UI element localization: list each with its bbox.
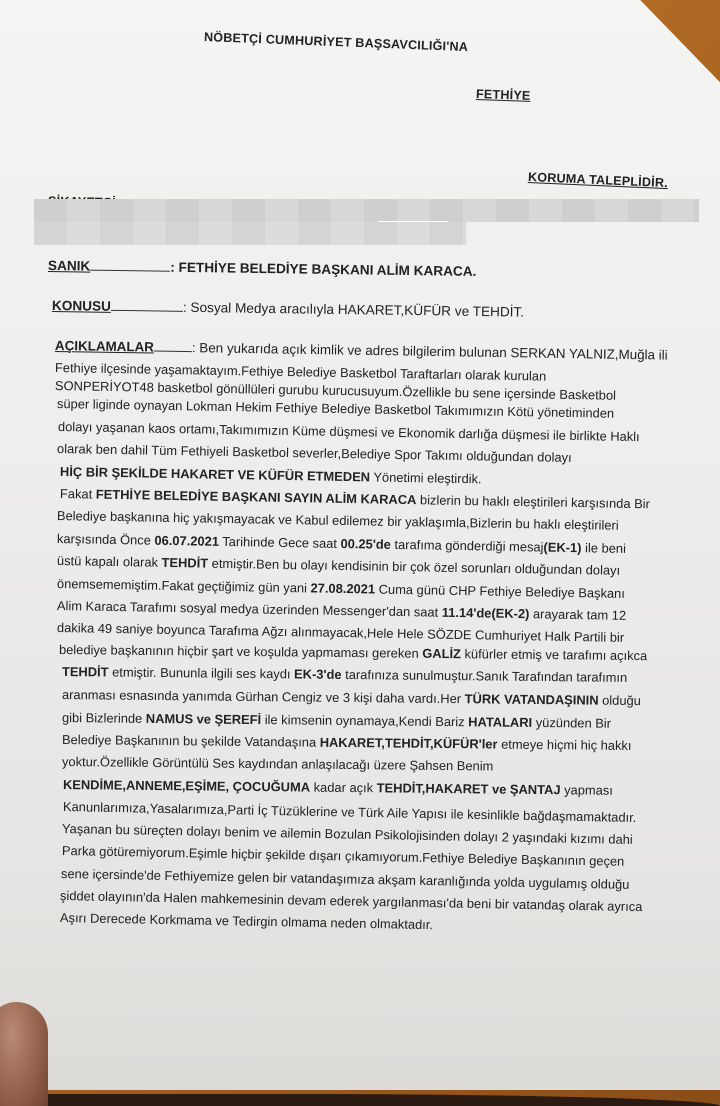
subject-value: : Sosyal Medya aracılıyla HAKARET,KÜFÜR … [183,300,524,320]
text: Kanunlarımıza,Yasalarımıza,Parti İç Tüzü… [63,799,637,825]
text: Parka götüremiyorum.Eşimle hiçbir şekild… [62,843,625,869]
subject-row: KONUSU: Sosyal Medya aracılıyla HAKARET,… [52,298,524,320]
bold-text: 06.07.2021 [154,533,219,549]
bold-text: NAMUS ve ŞEREFİ [146,711,261,727]
body-line: olarak ben dahil Tüm Fethiyeli Basketbol… [57,441,572,465]
text: dakika 49 saniye boyunca Tarafıma Ağzı a… [57,620,624,645]
bold-text: 00.25'de [340,536,391,552]
bold-text: TEHDİT,HAKARET ve ŞANTAJ [377,780,561,797]
text: Yaşanan bu süreçten dolayı benim ve aile… [62,821,633,847]
bold-text: HATALARI [468,714,532,730]
text: gibi Bizlerinde [62,710,146,726]
defendant-value: : FETHİYE BELEDİYE BAŞKANI ALİM KARACA. [170,260,476,279]
text: : Ben yukarıda açık kimlik ve adres bilg… [192,340,668,362]
bold-text: (EK-1) [543,539,581,555]
body-line: Fakat FETHİYE BELEDİYE BAŞKANI SAYIN ALİ… [60,486,650,511]
body-line: : Ben yukarıda açık kimlik ve adres bilg… [192,340,668,362]
body-line: sene içersinde'de Fethiyemize gelen bir … [61,866,630,892]
body-line: şiddet olayının'da Halen mahkemesinin de… [60,888,643,914]
text: Fakat [60,486,96,502]
text: Tarihinde Gece saat [219,534,341,551]
body-line: belediye başkanının hiçbir şart ve koşul… [59,642,647,663]
text: aranması esnasında yanımda Gürhan Cengiz… [62,687,465,706]
text: etmiştir. Bununla ilgili ses kaydı [108,664,294,681]
body-line: yoktur.Özellikle Görüntülü Ses kaydından… [62,754,494,774]
body-line: HİÇ BİR ŞEKİLDE HAKARET VE KÜFÜR ETMEDEN… [60,464,482,486]
text: üstü kapalı olarak [57,553,162,570]
text: etmiştir.Ben bu olayı kendisinin bir çok… [208,556,620,578]
text: belediye başkanının hiçbir şart ve koşul… [59,642,422,661]
protection-note: KORUMA TALEPLİDİR. [528,170,669,190]
body-line: Yaşanan bu süreçten dolayı benim ve aile… [62,821,633,847]
text: Belediye Başkanının bu şekilde Vatandaşı… [62,732,320,750]
text: dolayı yaşanan kaos ortamı,Takımımızın K… [58,419,640,444]
bold-text: 27.08.2021 [310,580,375,596]
subject-label: KONUSU [52,298,111,314]
text: karşısında Önce [57,531,155,548]
text: Alim Karaca Tarafımı sosyal medya üzerin… [57,598,442,620]
text: şiddet olayının'da Halen mahkemesinin de… [60,888,643,914]
text: olarak ben dahil Tüm Fethiyeli Basketbol… [57,441,572,465]
body-line: Belediye Başkanının bu şekilde Vatandaşı… [62,732,632,753]
body-line: TEHDİT etmiştir. Bununla ilgili ses kayd… [62,664,627,685]
city-heading: FETHİYE [476,87,531,103]
label-rule [111,309,183,312]
text: yüzünden Bir [532,715,611,731]
body-line: üstü kapalı olarak TEHDİT etmiştir.Ben b… [57,553,620,578]
text: önemsememiştim.Fakat geçtiğimiz gün yani [57,576,311,595]
text: kadar açık [310,780,377,796]
text: tarafınıza sunulmuştur.Sanık Tarafından … [341,667,627,685]
label-rule [154,350,192,353]
body-line: önemsememiştim.Fakat geçtiğimiz gün yani… [57,576,625,601]
text: Cuma günü CHP Fethiye Belediye Başkanı [375,582,625,601]
bold-text: TÜRK VATANDAŞININ [465,691,599,707]
body-line: gibi Bizlerinde NAMUS ve ŞEREFİ ile kims… [62,710,611,731]
text: ile beni [581,540,626,556]
body-line: Aşırı Derecede Korkmama ve Tedirgin olma… [60,910,433,932]
text: yapması [560,782,612,798]
defendant-row: SANIK: FETHİYE BELEDİYE BAŞKANI ALİM KAR… [48,258,477,279]
body-line: Kanunlarımıza,Yasalarımıza,Parti İç Tüzü… [63,799,637,825]
body-line: dolayı yaşanan kaos ortamı,Takımımızın K… [58,419,640,444]
text: sene içersinde'de Fethiyemize gelen bir … [61,866,630,892]
bold-text: GALİZ [422,646,461,661]
bold-text: HİÇ BİR ŞEKİLDE HAKARET VE KÜFÜR ETMEDEN [60,464,370,484]
bold-text: HAKARET,TEHDİT,KÜFÜR'ler [320,735,498,752]
redaction-mark [378,221,448,222]
bold-text: FETHİYE BELEDİYE BAŞKANI SAYIN ALİM KARA… [96,487,417,508]
text: Aşırı Derecede Korkmama ve Tedirgin olma… [60,910,433,932]
bold-text: KENDİME,ANNEME,EŞİME, ÇOCUĞUMA [63,777,310,795]
text: yoktur.Özellikle Görüntülü Ses kaydından… [62,754,494,774]
bold-text: EK-3'de [294,666,342,681]
body-line: Belediye başkanına hiç yakışmayacak ve K… [57,508,619,533]
bold-text: TEHDİT [161,555,208,571]
body-line: Alim Karaca Tarafımı sosyal medya üzerin… [57,598,626,623]
explanations-label: AÇIKLAMALAR [55,338,154,355]
text: etmeye hiçmi hiç hakkı [497,737,631,753]
body-line: Parka götüremiyorum.Eşimle hiçbir şekild… [62,843,625,869]
body-line: dakika 49 saniye boyunca Tarafıma Ağzı a… [57,620,624,645]
bold-text: TEHDİT [62,664,109,679]
bold-text: 11.14'de(EK-2) [442,605,530,622]
body-line: aranması esnasında yanımda Gürhan Cengiz… [62,687,641,708]
explanations-row: AÇIKLAMALAR: Ben yukarıda açık kimlik ve… [55,338,668,363]
text: bizlerin bu haklı eleştirileri karşısınd… [416,492,650,511]
defendant-label: SANIK [48,258,91,274]
text: arayarak tam 12 [529,606,626,623]
complaint-document: NÖBETÇİ CUMHURİYET BAŞSAVCILIĞI'NA FETHİ… [0,0,720,1106]
text: ile kimsenin oynamaya,Kendi Bariz [261,712,468,729]
label-rule [90,269,170,272]
body-line: karşısında Önce 06.07.2021 Tarihinde Gec… [57,531,626,556]
complainant-redacted-block [34,199,699,245]
body-line: KENDİME,ANNEME,EŞİME, ÇOCUĞUMA kadar açı… [63,777,613,798]
text: Belediye başkanına hiç yakışmayacak ve K… [57,508,619,533]
addressee-heading: NÖBETÇİ CUMHURİYET BAŞSAVCILIĞI'NA [204,30,469,54]
text: küfürler etmiş ve tarafımı açıkca [461,646,647,663]
text: Yönetimi eleştirdik. [370,469,482,486]
text: tarafıma gönderdiği mesaj [391,537,544,555]
text: olduğu [599,693,641,708]
